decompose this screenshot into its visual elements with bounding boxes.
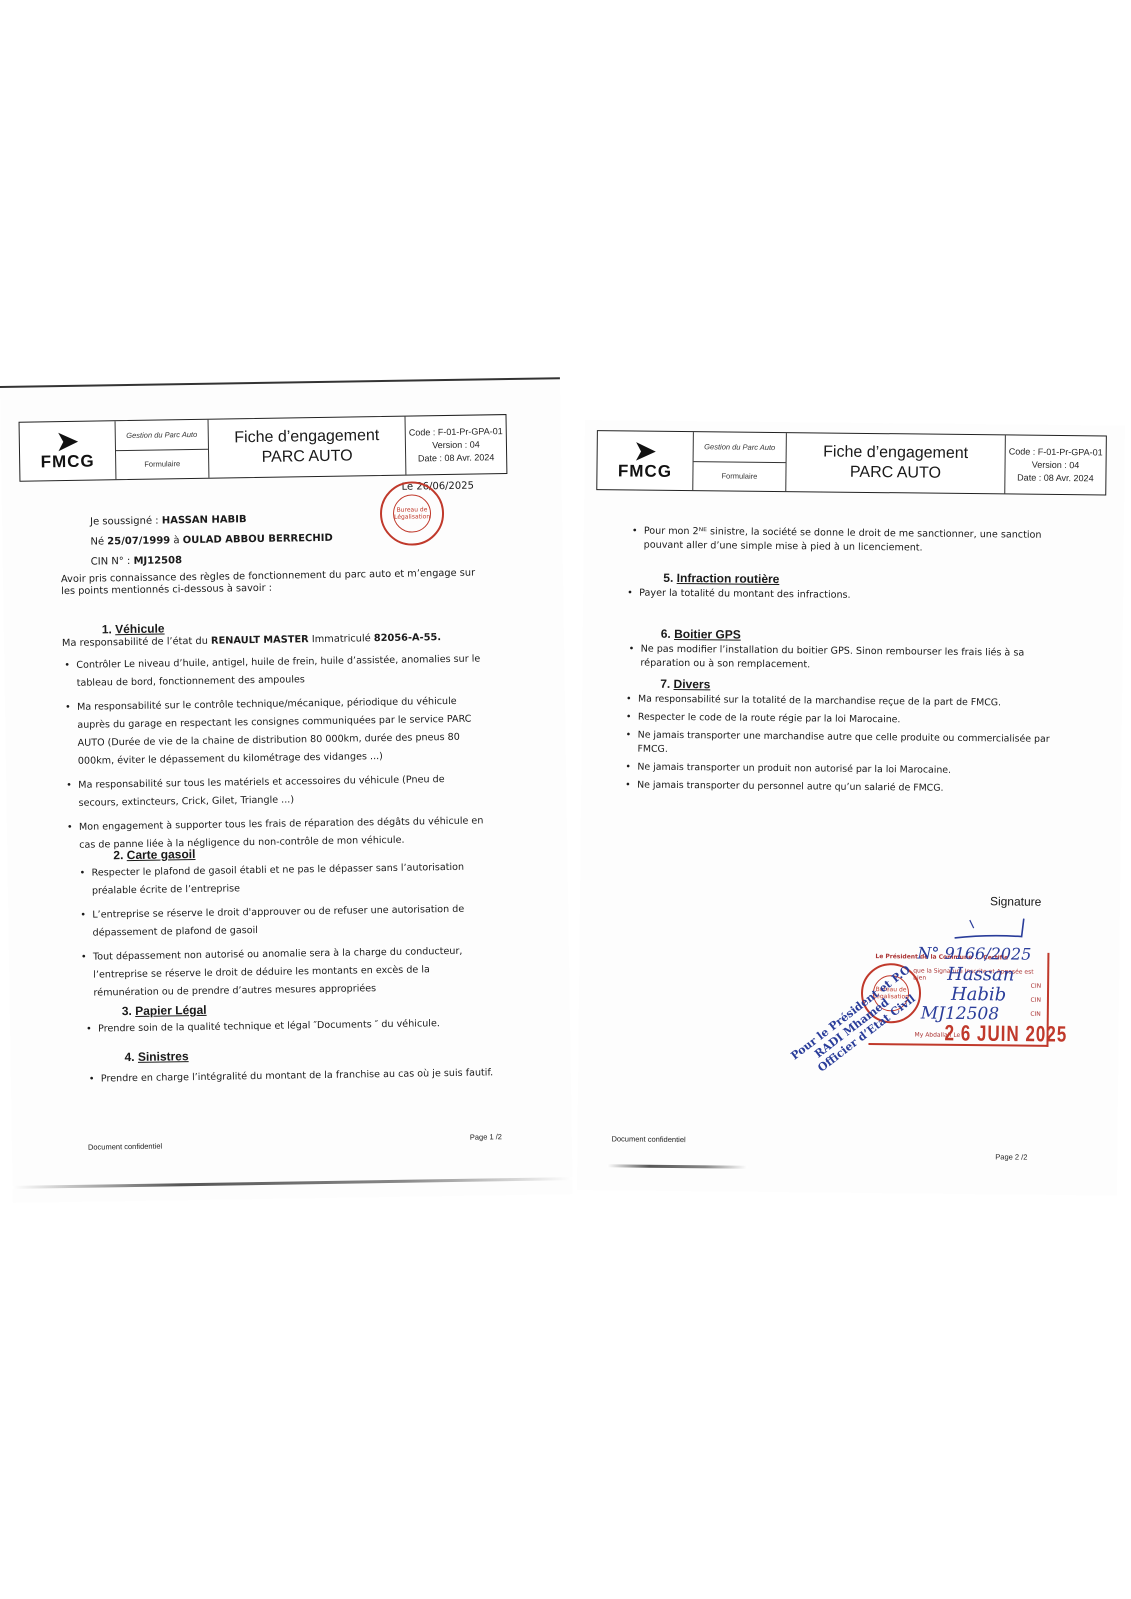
document-header: ➤ FMCG Gestion du Parc Auto Formulaire F…: [19, 414, 508, 482]
document-code-block: Code : F-01-Pr-GPA-01 Version : 04 Date …: [405, 415, 506, 475]
section-6-heading: 6. Boitier GPS: [661, 627, 741, 642]
section-4-heading: 4. Sinistres: [124, 1049, 188, 1064]
handwritten-lastname: Habib: [951, 984, 1006, 1006]
document-title: Fiche d’engagement PARC AUTO: [786, 433, 1006, 493]
list-item: L’entreprise se réserve le droit d'appro…: [80, 900, 493, 942]
list-item: Respecter le plafond de gasoil établi et…: [79, 858, 492, 900]
list-item: Ma responsabilité sur la totalité de la …: [626, 692, 1066, 711]
company-logo: ➤ FMCG: [20, 421, 117, 481]
list-item: Ma responsabilité sur le contrôle techni…: [65, 692, 486, 771]
section-7-list: Ma responsabilité sur la totalité de la …: [625, 692, 1066, 801]
document-code-block: Code : F-01-Pr-GPA-01 Version : 04 Date …: [1005, 435, 1106, 494]
intro-paragraph: Avoir pris connaissance des règles de fo…: [61, 567, 481, 598]
page-edge: [0, 377, 560, 388]
company-logo: ➤ FMCG: [597, 431, 694, 490]
page-edge: [607, 1164, 747, 1168]
department-label: Gestion du Parc Auto: [694, 432, 786, 462]
section-4-list: Prendre en charge l’intégralité du monta…: [89, 1064, 509, 1095]
handwritten-firstname: Hassan: [947, 964, 1014, 986]
department-label: Gestion du Parc Auto: [116, 420, 208, 451]
arrow-right-icon: ➤: [56, 430, 78, 452]
list-item: Ne pas modifier l’installation du boitie…: [628, 642, 1068, 675]
document-header: ➤ FMCG Gestion du Parc Auto Formulaire F…: [596, 430, 1107, 495]
section-2-heading: 2. Carte gasoil: [113, 847, 195, 862]
section-1-list: Contrôler Le niveau d’huile, antigel, hu…: [64, 650, 487, 861]
list-item: Respecter le code de la route régie par …: [626, 710, 1066, 729]
list-item: Ne jamais transporter une marchandise au…: [625, 728, 1065, 761]
legalization-date: 2 6 JUIN 2025: [944, 1021, 1067, 1048]
footer-confidential: Document confidentiel: [611, 1134, 685, 1144]
header-meta: Gestion du Parc Auto Formulaire: [693, 432, 787, 491]
signature-label: Signature: [990, 894, 1042, 910]
doc-version: Version : 04: [432, 438, 480, 452]
section-6-list: Ne pas modifier l’installation du boitie…: [628, 642, 1068, 679]
document-page-1: ➤ FMCG Gestion du Parc Auto Formulaire F…: [0, 379, 573, 1203]
signatory-cin-line: CIN N° : MJ12508: [91, 553, 183, 569]
document-page-2: ➤ FMCG Gestion du Parc Auto Formulaire F…: [577, 420, 1125, 1196]
list-item: Ne jamais transporter un produit non aut…: [625, 760, 1065, 779]
doc-code: Code : F-01-Pr-GPA-01: [409, 425, 503, 439]
doc-date: Date : 08 Avr. 2024: [418, 451, 495, 465]
arrow-right-icon: ➤: [634, 440, 656, 462]
doc-type-label: Formulaire: [693, 462, 785, 491]
list-item: Prendre soin de la qualité technique et …: [86, 1014, 496, 1038]
page-number: Page 2 /2: [995, 1152, 1027, 1161]
signatory-name: HASSAN HABIB: [162, 514, 247, 526]
doc-version: Version : 04: [1032, 458, 1080, 471]
footer-confidential: Document confidentiel: [88, 1142, 162, 1152]
doc-type-label: Formulaire: [116, 449, 208, 479]
section-7-heading: 7. Divers: [660, 677, 710, 692]
list-item: Ne jamais transporter du personnel autre…: [625, 778, 1065, 797]
signatory-name-line: Je soussigné : HASSAN HABIB: [90, 512, 247, 529]
legalization-number: N° 9166/2025: [917, 944, 1031, 964]
header-meta: Gestion du Parc Auto Formulaire: [116, 420, 210, 479]
section-5-heading: 5. Infraction routière: [663, 571, 779, 586]
legalization-stamp: Bureau de Légalisation: [380, 481, 445, 546]
list-item: Contrôler Le niveau d’huile, antigel, hu…: [64, 650, 485, 693]
vehicle-model: RENAULT MASTER: [211, 634, 309, 647]
section-3-heading: 3. Papier Légal: [122, 1003, 207, 1018]
doc-date: Date : 08 Avr. 2024: [1017, 471, 1094, 485]
list-item: Prendre en charge l’intégralité du monta…: [89, 1064, 509, 1089]
signatory-birth-line: Né 25/07/1999 à OULAD ABBOU BERRECHID: [90, 531, 333, 550]
section-4-continued-list: Pour mon 2ᴺᴱ sinistre, la société se don…: [632, 524, 1072, 561]
vehicle-plate: 82056-A-55.: [374, 632, 441, 644]
doc-code: Code : F-01-Pr-GPA-01: [1009, 445, 1103, 459]
section-5-list: Payer la totalité du montant des infract…: [627, 586, 1067, 609]
section-2-list: Respecter le plafond de gasoil établi et…: [79, 858, 493, 1008]
signature-scribble-icon: [950, 914, 1030, 945]
list-item: Payer la totalité du montant des infract…: [627, 586, 1067, 605]
section-3-list: Prendre soin de la qualité technique et …: [86, 1014, 496, 1044]
page-number: Page 1 /2: [470, 1132, 502, 1142]
list-item: Pour mon 2ᴺᴱ sinistre, la société se don…: [632, 524, 1072, 557]
list-item: Ma responsabilité sur tous les matériels…: [66, 770, 487, 813]
page-edge: [13, 1177, 573, 1189]
list-item: Tout dépassement non autorisé ou anomali…: [81, 942, 494, 1002]
document-title: Fiche d’engagement PARC AUTO: [209, 417, 407, 478]
